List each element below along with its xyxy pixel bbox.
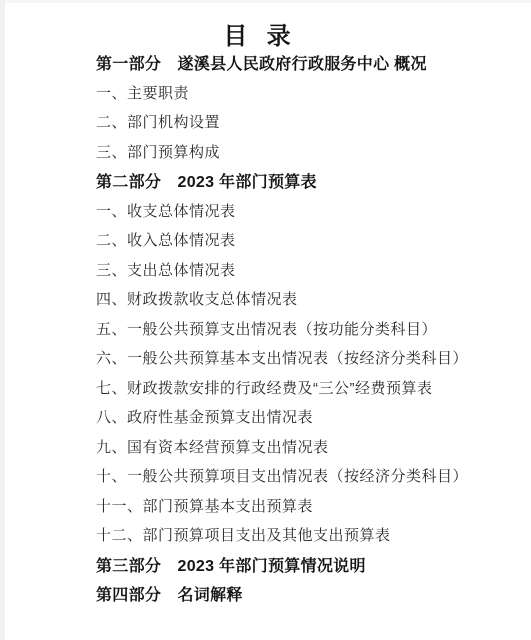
scan-edge-left bbox=[0, 0, 5, 640]
toc-entry: 一、收支总体情况表 bbox=[96, 196, 531, 226]
toc-entry: 十一、部门预算基本支出预算表 bbox=[96, 491, 531, 521]
toc-entry-label: 一、收支总体情况表 bbox=[96, 200, 236, 221]
scanned-document-page: 目 录 第一部分 遂溪县人民政府行政服务中心 概况 一、主要职责 二、部门机构设… bbox=[0, 0, 531, 640]
toc-entry: 十、一般公共预算项目支出情况表（按经济分类科目） bbox=[96, 461, 531, 491]
toc-entry: 三、支出总体情况表 bbox=[96, 255, 531, 285]
toc-entry: 五、一般公共预算支出情况表（按功能分类科目） bbox=[96, 314, 531, 344]
toc-entry: 二、部门机构设置 bbox=[96, 107, 531, 137]
scan-edge-top bbox=[0, 0, 531, 3]
toc-entry-label: 二、收入总体情况表 bbox=[96, 229, 236, 250]
toc-entry: 四、财政拨款收支总体情况表 bbox=[96, 284, 531, 314]
toc-entry: 三、部门预算构成 bbox=[96, 137, 531, 167]
toc-entry: 第二部分 2023 年部门预算表 bbox=[96, 166, 531, 196]
toc-entry: 六、一般公共预算基本支出情况表（按经济分类科目） bbox=[96, 343, 531, 373]
toc-entry-label: 九、国有资本经营预算支出情况表 bbox=[96, 436, 329, 457]
toc-entry: 十二、部门预算项目支出及其他支出预算表 bbox=[96, 520, 531, 550]
toc-entry-label: 六、一般公共预算基本支出情况表（按经济分类科目） bbox=[96, 347, 468, 368]
toc-entry: 七、财政拨款安排的行政经费及“三公”经费预算表 bbox=[96, 373, 531, 403]
toc-entry: 一、主要职责 bbox=[96, 78, 531, 108]
toc-entry-label: 十、一般公共预算项目支出情况表（按经济分类科目） bbox=[96, 465, 468, 486]
toc-entry-label: 三、支出总体情况表 bbox=[96, 259, 236, 280]
toc-entry-label: 七、财政拨款安排的行政经费及“三公”经费预算表 bbox=[96, 377, 433, 398]
toc-entry: 二、收入总体情况表 bbox=[96, 225, 531, 255]
toc-entry-label: 第四部分 名词解释 bbox=[96, 582, 243, 605]
toc-entry-label: 八、政府性基金预算支出情况表 bbox=[96, 406, 313, 427]
toc-entry: 九、国有资本经营预算支出情况表 bbox=[96, 432, 531, 462]
page-title: 目 录 bbox=[0, 16, 516, 51]
toc-entry-label: 一、主要职责 bbox=[96, 82, 189, 103]
toc-entry-label: 十一、部门预算基本支出预算表 bbox=[96, 495, 313, 516]
toc-entry: 第四部分 名词解释 bbox=[96, 579, 531, 609]
toc-entry: 八、政府性基金预算支出情况表 bbox=[96, 402, 531, 432]
toc-entry-label: 第二部分 2023 年部门预算表 bbox=[96, 169, 317, 192]
toc-entry-label: 四、财政拨款收支总体情况表 bbox=[96, 288, 298, 309]
toc-entry-label: 五、一般公共预算支出情况表（按功能分类科目） bbox=[96, 318, 437, 339]
toc-entry-label: 第一部分 遂溪县人民政府行政服务中心 概况 bbox=[96, 51, 427, 74]
toc-entry-label: 二、部门机构设置 bbox=[96, 111, 220, 132]
toc-entry-label: 十二、部门预算项目支出及其他支出预算表 bbox=[96, 524, 391, 545]
toc-entry-label: 第三部分 2023 年部门预算情况说明 bbox=[96, 553, 366, 576]
toc-entry-label: 三、部门预算构成 bbox=[96, 141, 220, 162]
toc-entry: 第一部分 遂溪县人民政府行政服务中心 概况 bbox=[96, 48, 531, 78]
toc-entry: 第三部分 2023 年部门预算情况说明 bbox=[96, 550, 531, 580]
toc-list: 第一部分 遂溪县人民政府行政服务中心 概况 一、主要职责 二、部门机构设置 三、… bbox=[96, 48, 531, 609]
